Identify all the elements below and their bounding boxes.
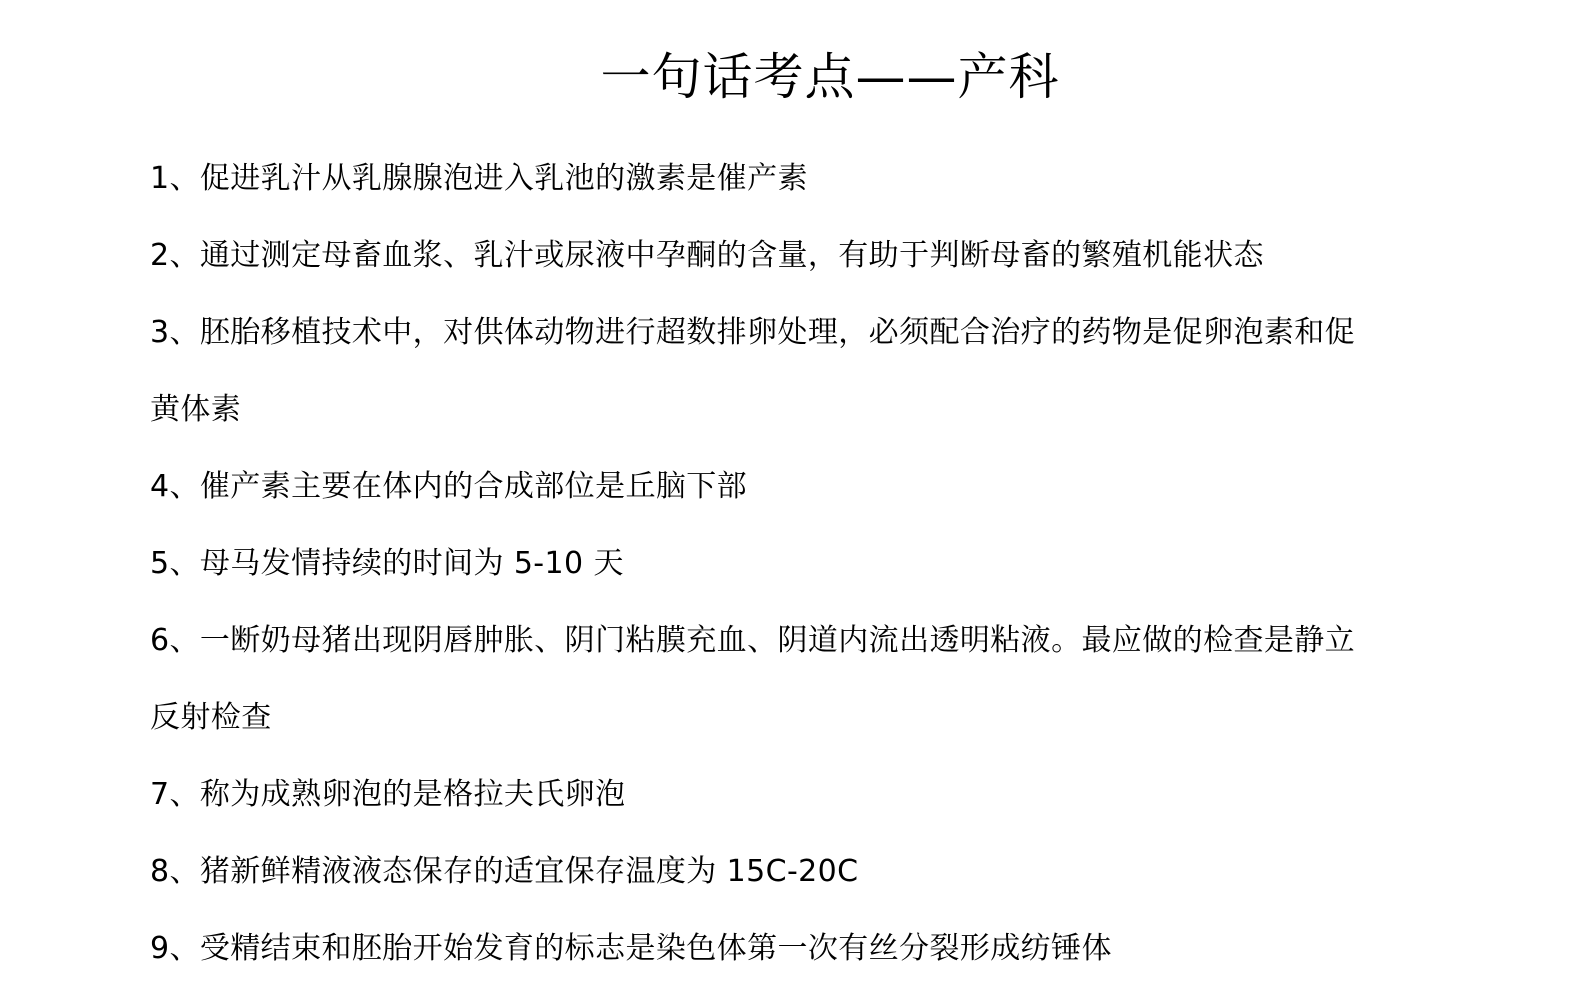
- list-item-7: 7、称为成熟卵泡的是格拉夫氏卵泡: [150, 756, 1520, 833]
- exam-points-list: 1、促进乳汁从乳腺腺泡进入乳池的激素是催产素 2、通过测定母畜血浆、乳汁或尿液中…: [150, 140, 1520, 982]
- list-item-8: 8、猪新鲜精液液态保存的适宜保存温度为 15C-20C: [150, 833, 1520, 910]
- list-item-9: 9、受精结束和胚胎开始发育的标志是染色体第一次有丝分裂形成纺锤体: [150, 910, 1520, 982]
- list-item-6-continued: 反射检查: [150, 679, 1520, 756]
- page-title: 一句话考点——产科: [0, 42, 1596, 112]
- list-item-4: 4、催产素主要在体内的合成部位是丘脑下部: [150, 448, 1520, 525]
- list-item-3: 3、胚胎移植技术中，对供体动物进行超数排卵处理，必须配合治疗的药物是促卵泡素和促: [150, 294, 1520, 371]
- list-item-1: 1、促进乳汁从乳腺腺泡进入乳池的激素是催产素: [150, 140, 1520, 217]
- list-item-5: 5、母马发情持续的时间为 5-10 天: [150, 525, 1520, 602]
- list-item-2: 2、通过测定母畜血浆、乳汁或尿液中孕酮的含量，有助于判断母畜的繁殖机能状态: [150, 217, 1520, 294]
- list-item-3-continued: 黄体素: [150, 371, 1520, 448]
- list-item-6: 6、一断奶母猪出现阴唇肿胀、阴门粘膜充血、阴道内流出透明粘液。最应做的检查是静立: [150, 602, 1520, 679]
- document-page: 一句话考点——产科 1、促进乳汁从乳腺腺泡进入乳池的激素是催产素 2、通过测定母…: [0, 0, 1596, 982]
